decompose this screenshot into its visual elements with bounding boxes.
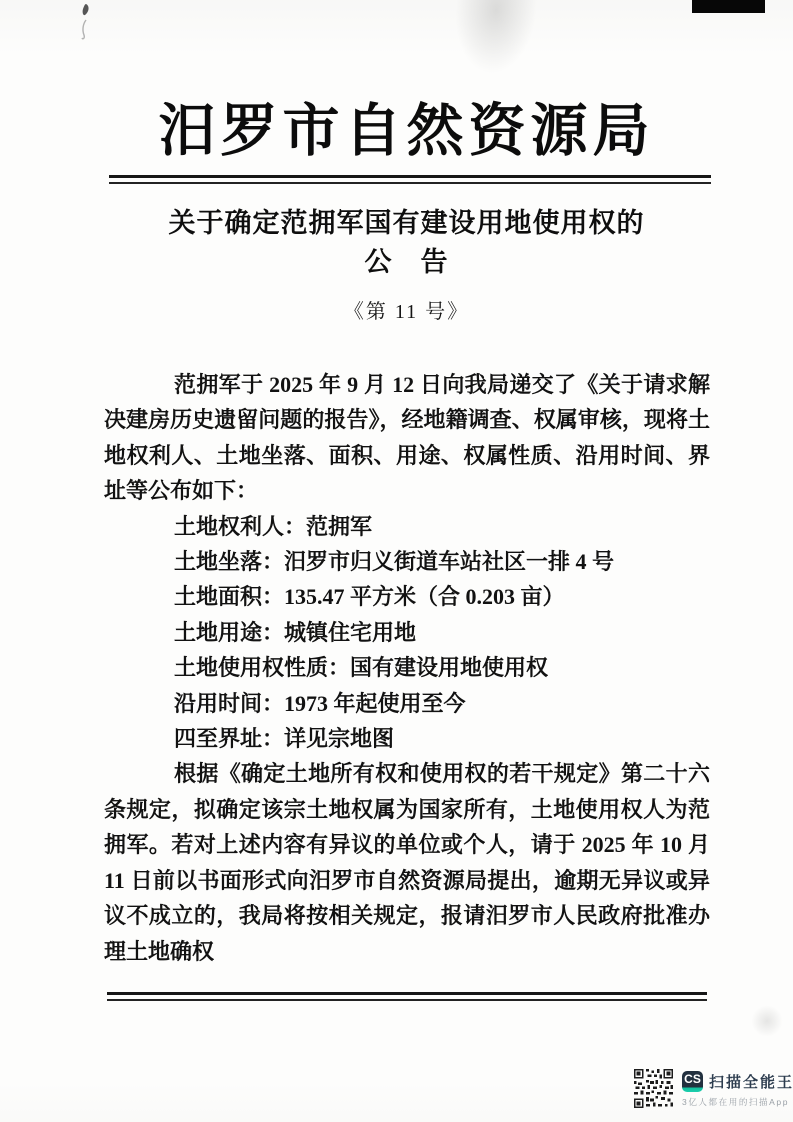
- qr-code-icon: [634, 1068, 673, 1109]
- land-detail-list: 土地权利人：范拥军 土地坐落：汨罗市归义街道车站社区一排 4 号 土地面积：13…: [104, 509, 710, 757]
- land-item-rights-holder: 土地权利人：范拥军: [104, 509, 710, 544]
- scan-artifact-black-bar: [692, 0, 765, 13]
- land-item-area: 土地面积：135.47 平方米（合 0.203 亩）: [104, 579, 710, 614]
- camscanner-app-name: 扫描全能王: [709, 1071, 793, 1092]
- body-paragraph-1: 范拥军于 2025 年 9 月 12 日向我局递交了《关于请求解决建房历史遗留问…: [104, 367, 710, 509]
- land-item-location: 土地坐落：汨罗市归义街道车站社区一排 4 号: [104, 544, 710, 579]
- document-body: 范拥军于 2025 年 9 月 12 日向我局递交了《关于请求解决建房历史遗留问…: [104, 367, 710, 969]
- land-item-usage: 土地用途：城镇住宅用地: [104, 615, 710, 650]
- land-item-right-nature: 土地使用权性质：国有建设用地使用权: [104, 650, 710, 685]
- header-double-rule: [109, 175, 711, 184]
- scan-artifact-pen-mark: [74, 2, 96, 44]
- announcement-subject: 关于确定范拥军国有建设用地使用权的 公 告: [103, 204, 710, 282]
- scanned-document-page: 汨罗市自然资源局 关于确定范拥军国有建设用地使用权的 公 告 《第 11 号》 …: [0, 0, 793, 1122]
- body-paragraph-2: 根据《确定土地所有权和使用权的若干规定》第二十六条规定，拟确定该宗土地权属为国家…: [104, 756, 710, 968]
- land-item-duration: 沿用时间：1973 年起使用至今: [104, 686, 710, 721]
- camscanner-tagline: 3亿人都在用的扫描App: [682, 1096, 789, 1108]
- subject-line-1: 关于确定范拥军国有建设用地使用权的: [103, 204, 710, 243]
- scan-artifact-smudge: [750, 1004, 784, 1038]
- camscanner-logo-icon: CS: [682, 1071, 703, 1092]
- agency-title: 汨罗市自然资源局: [103, 99, 710, 165]
- footer-double-rule: [107, 992, 707, 1001]
- land-item-boundaries: 四至界址：详见宗地图: [104, 721, 710, 756]
- document-number: 《第 11 号》: [103, 295, 710, 324]
- camscanner-watermark: CS 扫描全能王 3亿人都在用的扫描App: [634, 1066, 784, 1112]
- subject-line-2: 公 告: [103, 243, 710, 282]
